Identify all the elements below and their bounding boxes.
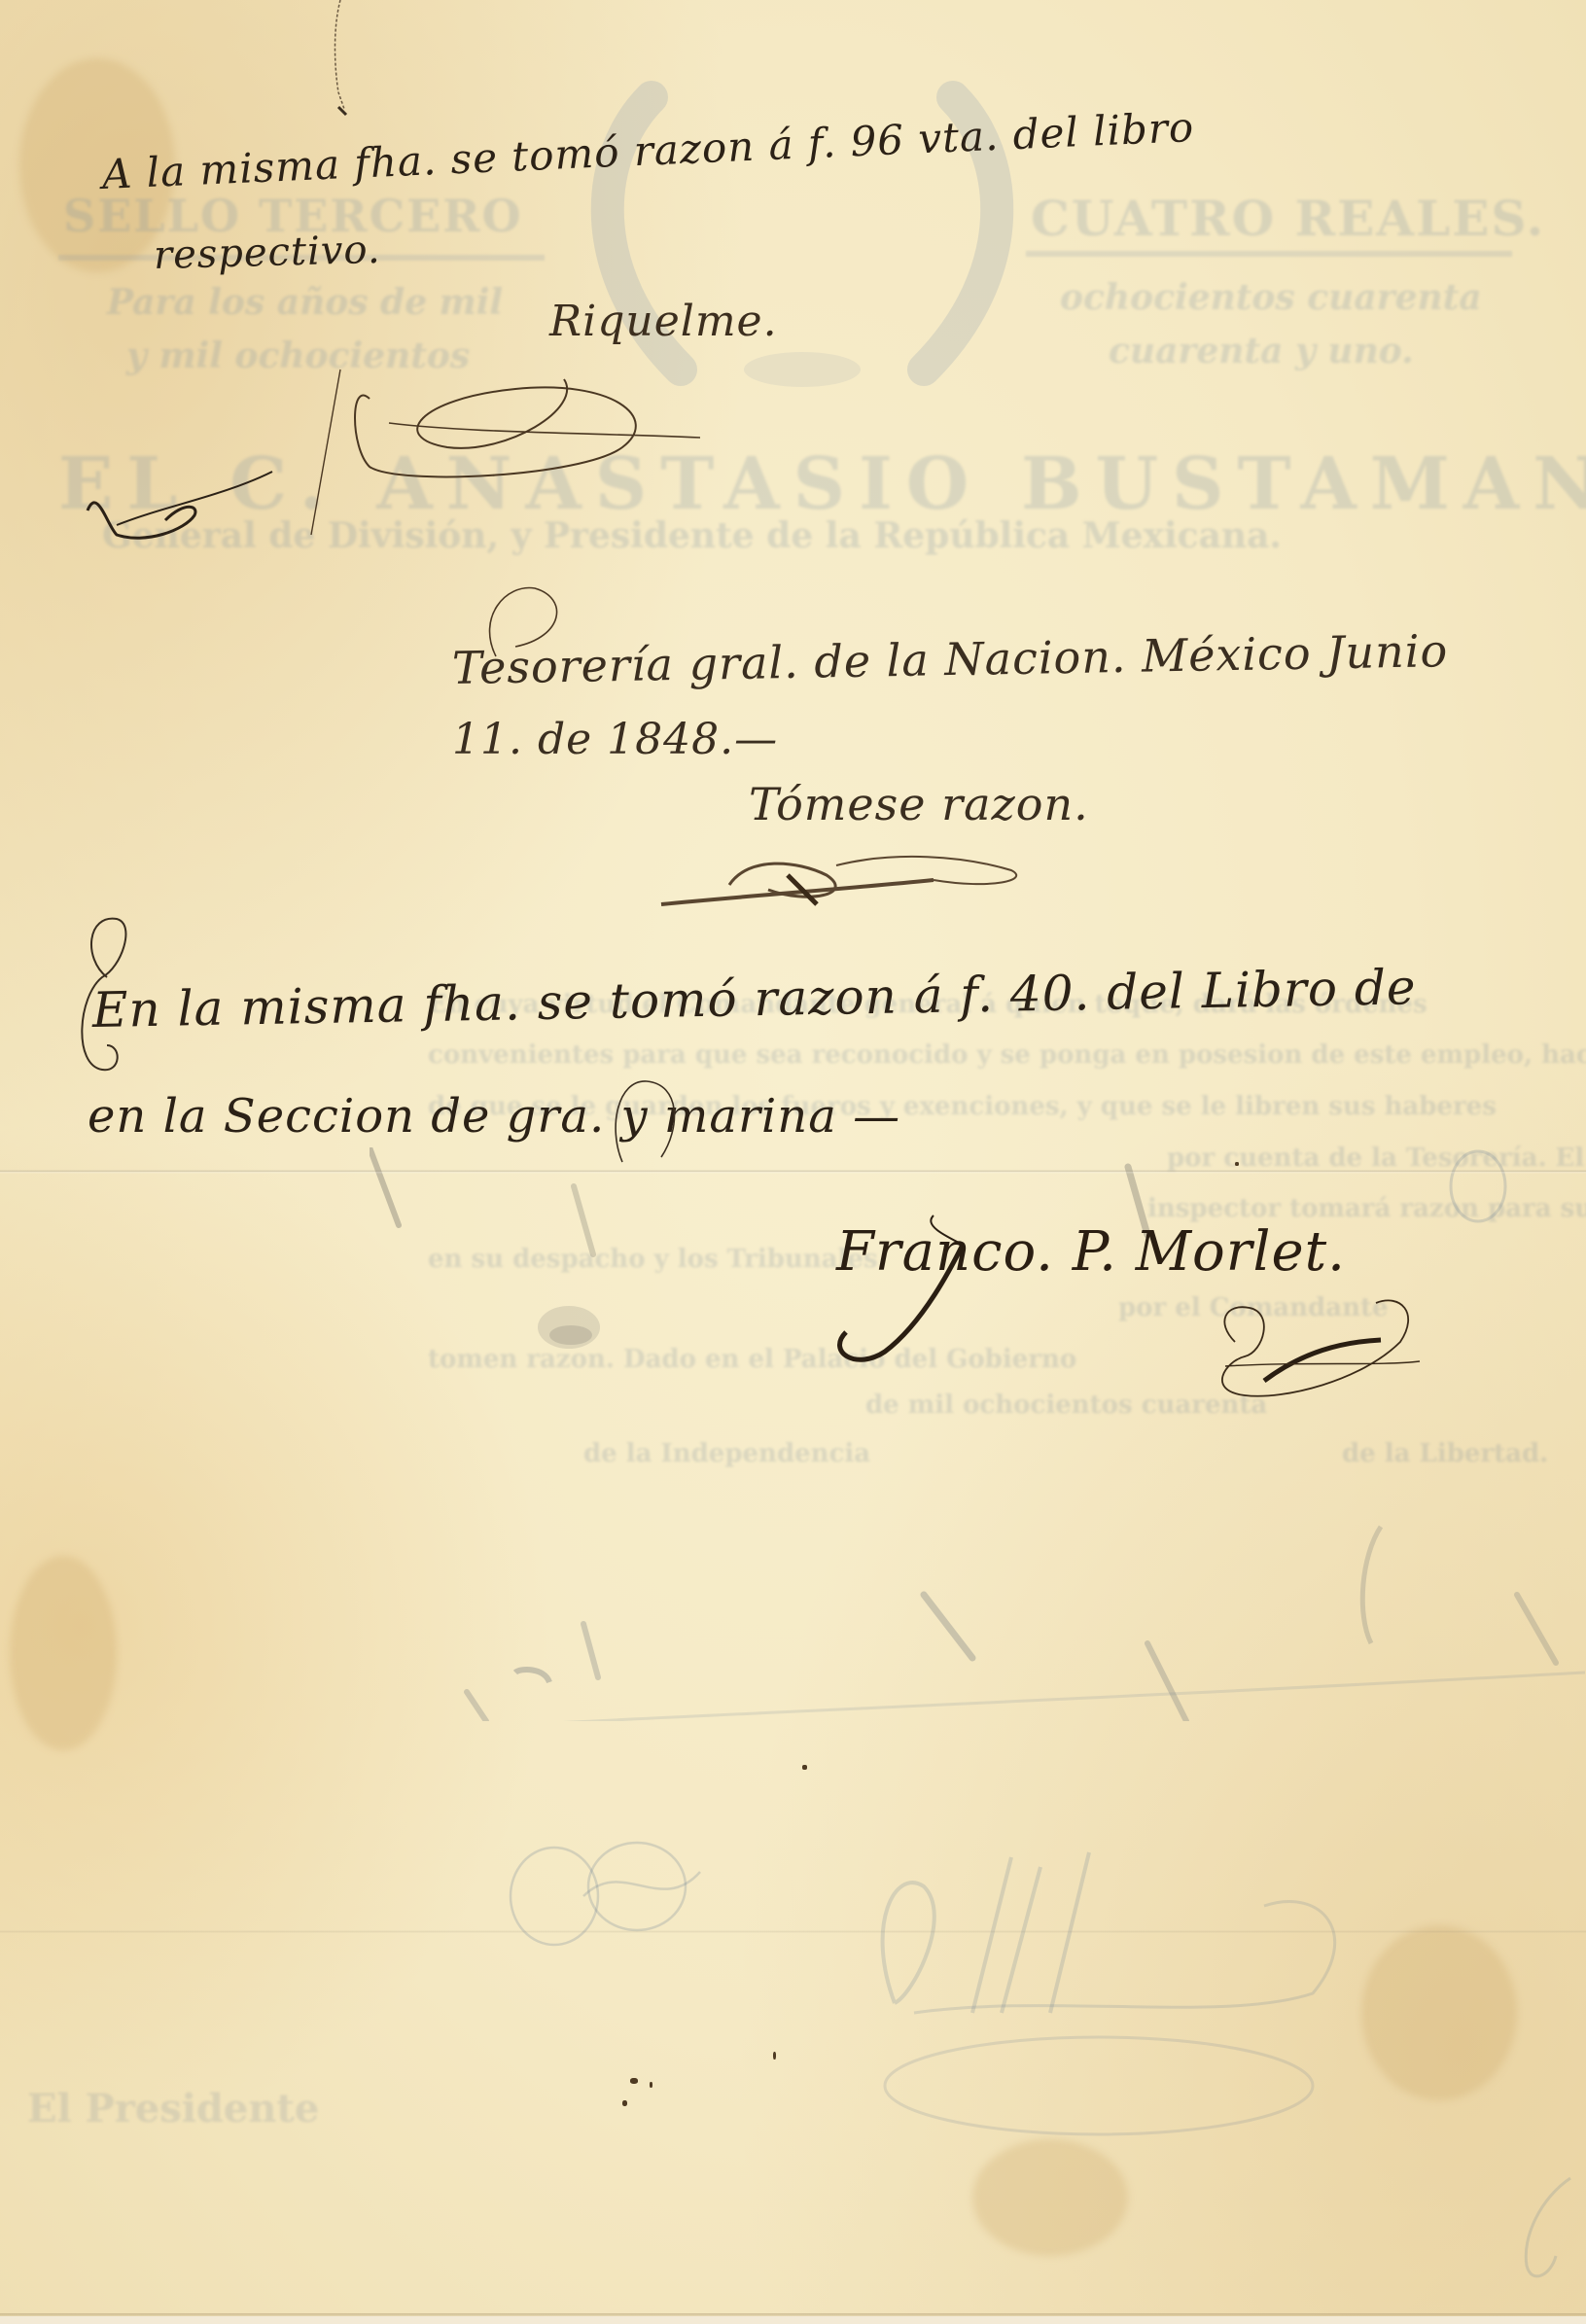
bleed-seal-right-years-1: ochocientos cuarenta [1060,277,1482,318]
ink-speck [630,2078,638,2084]
bleed-rule [1026,251,1512,257]
bleed-seal-left-years-1: Para los años de mil [107,282,503,323]
annotation-3-signature: Franco. P. Morlet. [836,1220,1346,1284]
bleed-body-line: inspector tomará razon para su [1147,1194,1586,1223]
paper-fold-crease [0,1930,1586,1933]
bleed-signature-icon [856,1848,1400,2139]
ink-speck [773,2052,776,2060]
document-page: SELLO TERCERO Para los años de mil y mil… [0,0,1586,2324]
bleed-corner-loop-icon [1502,2120,1580,2295]
paper-stain [1361,1925,1517,2100]
annotation-1-line-1: A la misma fha. se tomó razon á f. 96 vt… [101,103,1195,198]
bleed-seal-right-years-2: cuarenta y uno. [1109,331,1414,371]
bleed-blot-icon [530,1298,608,1356]
annotation-2-order: Tómese razon. [749,778,1089,830]
annotation-1-signature: Riquelme. [549,297,778,346]
annotation-2-line-1: Tesorería gral. de la Nacion. México Jun… [452,624,1449,694]
bleed-body-line: convenientes para que sea reconocido y s… [428,1040,1586,1070]
annotation-2-line-2: 11. de 1848.— [452,715,778,764]
tesoreria-rubric-icon [642,836,1089,914]
bleed-footer-title: El Presidente [27,2086,319,2131]
ink-speck [802,1765,807,1770]
paper-fold-crease [0,1170,1586,1174]
ink-speck [650,2082,652,2088]
bleed-body-line: por el Comandante [1118,1293,1389,1322]
margin-ink-mark-icon [321,0,360,117]
paper-stain [10,1556,117,1750]
annotation-1-line-2: respectivo. [153,228,381,278]
bleed-body-line: tomen razon. Dado en el Palacio del Gobi… [428,1345,1076,1374]
bleed-body-line: de la Independencia [583,1439,870,1468]
bleed-subheading: General de División, y Presidente de la … [102,515,1282,556]
bleed-body-line: en su despacho y los Tribunales [428,1245,878,1274]
riquelme-rubric-icon [78,340,797,564]
bleed-seal-left-years-2: y mil ochocientos [126,335,470,376]
bleed-body-line: de mil ochocientos cuarenta [865,1391,1267,1420]
bleed-heading: EL C. ANASTASIO BUSTAMANTE, [58,442,1586,526]
bleed-flourish-icon [467,1828,758,1954]
ink-speck [1235,1162,1239,1166]
paper-edge [0,2316,1586,2324]
bleed-body-line: por cuenta de la Tesorería. El Sub [1167,1144,1586,1173]
paper-stain [972,2139,1128,2256]
ink-speck [622,2100,627,2106]
bleed-strokes-icon [292,1497,1585,1721]
annotation-3-line-1: En la misma fha. se tomó razon á f. 40. … [91,959,1416,1039]
bleed-body-line: de la Libertad. [1342,1439,1548,1468]
bleed-seal-right-title: CUATRO REALES. [1031,190,1545,247]
annotation-3-line-2: en la Seccion de gra. y marina — [88,1089,900,1144]
